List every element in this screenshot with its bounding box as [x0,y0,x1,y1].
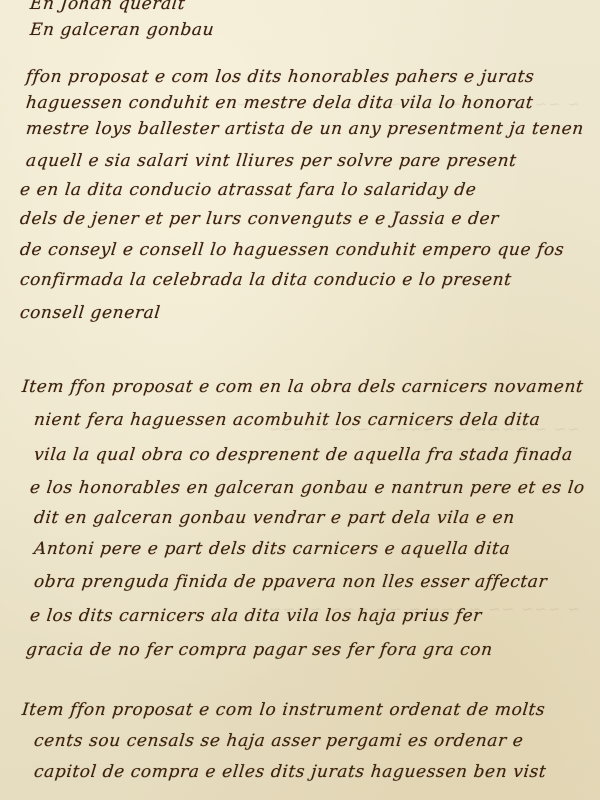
paragraph-3-line: capitol de compra e elles dits jurats ha… [33,762,547,782]
header-line: En galceran gonbau [29,20,215,40]
paragraph-2-line: nient fera haguessen acombuhit los carni… [33,410,541,430]
paragraph-1-line: confirmada la celebrada la dita conducio… [19,270,513,290]
paragraph-3-line: Item ffon proposat e com lo instrument o… [21,700,546,720]
paragraph-2-line: e los honorables en galceran gonbau e na… [29,478,586,498]
paragraph-1-line: e en la dita conducio atrassat fara lo s… [19,180,478,200]
paragraph-1-line: ffon proposat e com los dits honorables … [25,67,535,87]
paragraph-2-line: gracia de no fer compra pagar ses fer fo… [25,640,494,660]
paragraph-1-line: dels de jener et per lurs convenguts e e… [19,209,500,229]
paragraph-2-line: obra prenguda finida de ppavera non lles… [33,572,548,592]
paragraph-1-line: consell general [19,303,162,323]
paragraph-2-line: e los dits carnicers ala dita vila los h… [29,606,483,626]
paragraph-1-line: aquell e sia salari vint lliures per sol… [25,151,518,171]
paragraph-2-line: dit en galceran gonbau vendrar e part de… [33,508,516,528]
paragraph-1-line: mestre loys ballester artista de un any … [25,119,585,139]
paragraph-2-line: Antoni pere e part dels dits carnicers e… [33,539,511,559]
paragraph-1-line: haguessen conduhit en mestre dela dita v… [25,93,534,113]
paragraph-3-line: cents sou censals se haja asser pergami … [33,731,525,751]
paragraph-1-line: de conseyl e consell lo haguessen conduh… [19,240,565,260]
paragraph-2-line: Item ffon proposat e com en la obra dels… [21,377,585,397]
header-line: En Johan queralt [29,0,186,14]
paragraph-2-line: vila la qual obra co desprenent de aquel… [33,445,574,465]
manuscript-page: ~ ~~ ~~~ ~ ~~~~ ~~ ~~~ ~~ ~~~~ ~~ ~ ~~~~… [0,0,600,800]
